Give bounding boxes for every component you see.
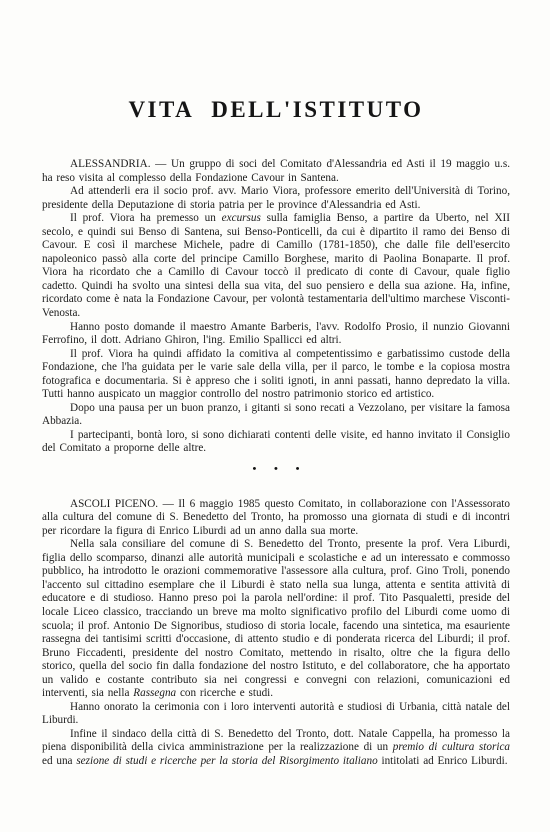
paragraph: ASCOLI PICENO. — Il 6 maggio 1985 questo… xyxy=(42,498,510,539)
text-run: ALESSANDRIA. — Un gruppo di soci del Com… xyxy=(42,158,510,184)
italic-text-run: premio di cultura storica xyxy=(393,741,510,753)
italic-text-run: sezione di studi e ricerche per la stori… xyxy=(76,755,377,767)
text-run: sulla famiglia Benso, a partire da Ubert… xyxy=(42,212,510,319)
section-ascoli-piceno: ASCOLI PICENO. — Il 6 maggio 1985 questo… xyxy=(42,498,510,769)
paragraph: I partecipanti, bontà loro, si sono dich… xyxy=(42,429,510,456)
text-run: Il prof. Viora ha quindi affidato la com… xyxy=(42,348,510,401)
text-run: ASCOLI PICENO. — Il 6 maggio 1985 questo… xyxy=(42,498,510,537)
section-divider: • • • xyxy=(42,463,510,477)
italic-text-run: excursus xyxy=(222,212,261,224)
paragraph: Ad attenderli era il socio prof. avv. Ma… xyxy=(42,185,510,212)
italic-text-run: Rassegna xyxy=(133,687,176,699)
text-run: Dopo una pausa per un buon pranzo, i git… xyxy=(42,402,510,428)
paragraph: Hanno onorato la cerimonia con i loro in… xyxy=(42,701,510,728)
text-run: ed una xyxy=(42,755,76,767)
text-run: intitolati ad Enrico Liburdi. xyxy=(378,755,508,767)
document-page: VITA DELL'ISTITUTO ALESSANDRIA. — Un gru… xyxy=(0,0,550,832)
text-run: Nella sala consiliare del comune di S. B… xyxy=(42,538,510,699)
page-body: ALESSANDRIA. — Un gruppo di soci del Com… xyxy=(42,158,510,769)
text-run: Il prof. Viora ha premesso un xyxy=(70,212,222,224)
paragraph: Nella sala consiliare del comune di S. B… xyxy=(42,538,510,701)
paragraph: Il prof. Viora ha premesso un excursus s… xyxy=(42,212,510,320)
page-title: VITA DELL'ISTITUTO xyxy=(42,97,510,123)
text-run: Hanno onorato la cerimonia con i loro in… xyxy=(42,701,510,727)
text-run: I partecipanti, bontà loro, si sono dich… xyxy=(42,429,510,455)
paragraph: Dopo una pausa per un buon pranzo, i git… xyxy=(42,402,510,429)
paragraph: Il prof. Viora ha quindi affidato la com… xyxy=(42,348,510,402)
paragraph: Hanno posto domande il maestro Amante Ba… xyxy=(42,321,510,348)
section-alessandria: ALESSANDRIA. — Un gruppo di soci del Com… xyxy=(42,158,510,456)
text-run: Ad attenderli era il socio prof. avv. Ma… xyxy=(42,185,510,211)
paragraph: Infine il sindaco della città di S. Bene… xyxy=(42,728,510,769)
paragraph: ALESSANDRIA. — Un gruppo di soci del Com… xyxy=(42,158,510,185)
text-run: Hanno posto domande il maestro Amante Ba… xyxy=(42,321,510,347)
text-run: con ricerche e studi. xyxy=(176,687,273,699)
